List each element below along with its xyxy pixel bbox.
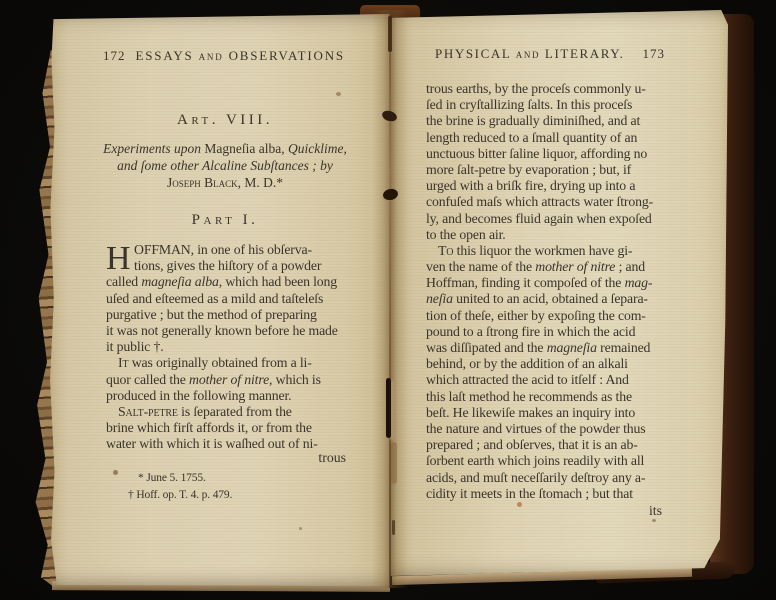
text-line: ly, and becomes fluid again when expoſed <box>426 211 662 227</box>
text-line: tions, gives the hiſtory of a powder <box>106 258 346 274</box>
text-line: behind, or by the addition of an alkali <box>426 356 662 372</box>
text-line: Salt-petre is ſeparated from the <box>106 404 346 420</box>
paragraph: To this liquor the workmen have gi-ven t… <box>426 243 662 502</box>
left-running-title: ESSAYS and OBSERVATIONS <box>134 48 348 64</box>
text-line: this laſt method he recommends as the <box>426 389 662 405</box>
text-line: tion of theſe, either by expoſing the co… <box>426 308 662 324</box>
drop-cap: H <box>106 243 131 274</box>
text-line: acids, and muſt neceſſarily deſtroy any … <box>426 470 662 486</box>
text-line: length reduced to a ſmall quantity of an <box>426 130 662 146</box>
right-catchword: its <box>426 503 662 519</box>
article-heading: Art. VIII. <box>103 112 347 129</box>
text-line: called magneſia alba, which had been lon… <box>106 274 346 290</box>
text-line: OFFMAN, in one of his obſerva- <box>106 242 346 258</box>
text-line: Joseph Black, M. D.* <box>98 175 352 192</box>
right-running-header: PHYSICAL and LITERARY. 173 <box>425 46 665 62</box>
text-line: the brine is gradually diminiſhed, and a… <box>426 113 662 129</box>
text-line: and ſome other Alcaline Subſtances ; by <box>98 158 352 175</box>
article-title: Experiments upon Magneſia alba, Quicklim… <box>98 141 352 192</box>
paragraph: Salt-petre is ſeparated from thebrine wh… <box>106 404 346 453</box>
footnotes: * June 5. 1755.† Hoff. op. T. 4. p. 479. <box>128 472 232 506</box>
left-catchword: trous <box>106 450 346 466</box>
photo-of-open-book: 172 ESSAYS and OBSERVATIONS Art. VIII. E… <box>0 0 776 600</box>
paragraph: H OFFMAN, in one of his obſerva-tions, g… <box>106 242 346 355</box>
text-line: neſia united to an acid, obtained a ſepa… <box>426 291 662 307</box>
text-line: † Hoff. op. T. 4. p. 479. <box>128 489 232 506</box>
text-line: confuſed maſs which attracts water ſtron… <box>426 194 662 210</box>
text-line: it was not generally known before he mad… <box>106 323 346 339</box>
left-page-body: H OFFMAN, in one of his obſerva-tions, g… <box>106 242 346 452</box>
paragraph: It was originally obtained from a li-quo… <box>106 355 346 404</box>
right-page-body: trous earths, by the proceſs commonly u-… <box>426 81 662 502</box>
text-line: urged with a briſk fire, drying up into … <box>426 178 662 194</box>
text-line: unctuous bitter ſaline liquor, affording… <box>426 146 662 162</box>
text-line: beſt. He likewiſe makes an inquiry into <box>426 405 662 421</box>
text-line: which attracted the acid to itſelf : And <box>426 372 662 388</box>
text-line: Experiments upon Magneſia alba, Quicklim… <box>98 141 352 158</box>
text-line: it public †. <box>106 339 346 355</box>
text-line: To this liquor the workmen have gi- <box>426 243 662 259</box>
text-line: ven the name of the mother of nitre ; an… <box>426 259 662 275</box>
text-line: It was originally obtained from a li- <box>106 355 346 371</box>
text-line: ſorbent earth which joins readily with a… <box>426 453 662 469</box>
text-line: the nature and virtues of the powder thu… <box>426 421 662 437</box>
text-line: produced in the following manner. <box>106 388 346 404</box>
text-line: trous earths, by the proceſs commonly u- <box>426 81 662 97</box>
text-line: Hoffman, finding it compoſed of the mag- <box>426 275 662 291</box>
text-line: brine which firſt affords it, or from th… <box>106 420 346 436</box>
text-line: * June 5. 1755. <box>128 472 232 489</box>
text-line: quor called the mother of nitre, which i… <box>106 372 346 388</box>
text-line: was diſſipated and the magneſia remained <box>426 340 662 356</box>
text-line: cidity it meets in the ſtomach ; but tha… <box>426 486 662 502</box>
part-heading: Part I. <box>103 212 347 229</box>
right-page-number: 173 <box>643 46 666 62</box>
text-line: pound to a ſtrong fire in which the acid <box>426 324 662 340</box>
left-running-header: 172 ESSAYS and OBSERVATIONS <box>103 48 347 64</box>
text-line: uſed and eſteemed as a mild and taſteleſ… <box>106 291 346 307</box>
text-line: prepared ; and obſerves, that it is an a… <box>426 437 662 453</box>
right-running-title: PHYSICAL and LITERARY. <box>425 46 635 62</box>
paragraph-lines: OFFMAN, in one of his obſerva-tions, giv… <box>106 242 346 355</box>
text-line: ſed in cryſtallizing ſalts. In this proc… <box>426 97 662 113</box>
text-line: to the open air. <box>426 227 662 243</box>
text-line: more ſalt-petre by evaporation ; but, if <box>426 162 662 178</box>
text-line: purgative ; but the method of preparing <box>106 307 346 323</box>
paragraph: trous earths, by the proceſs commonly u-… <box>426 81 662 243</box>
left-page-number: 172 <box>103 48 126 64</box>
